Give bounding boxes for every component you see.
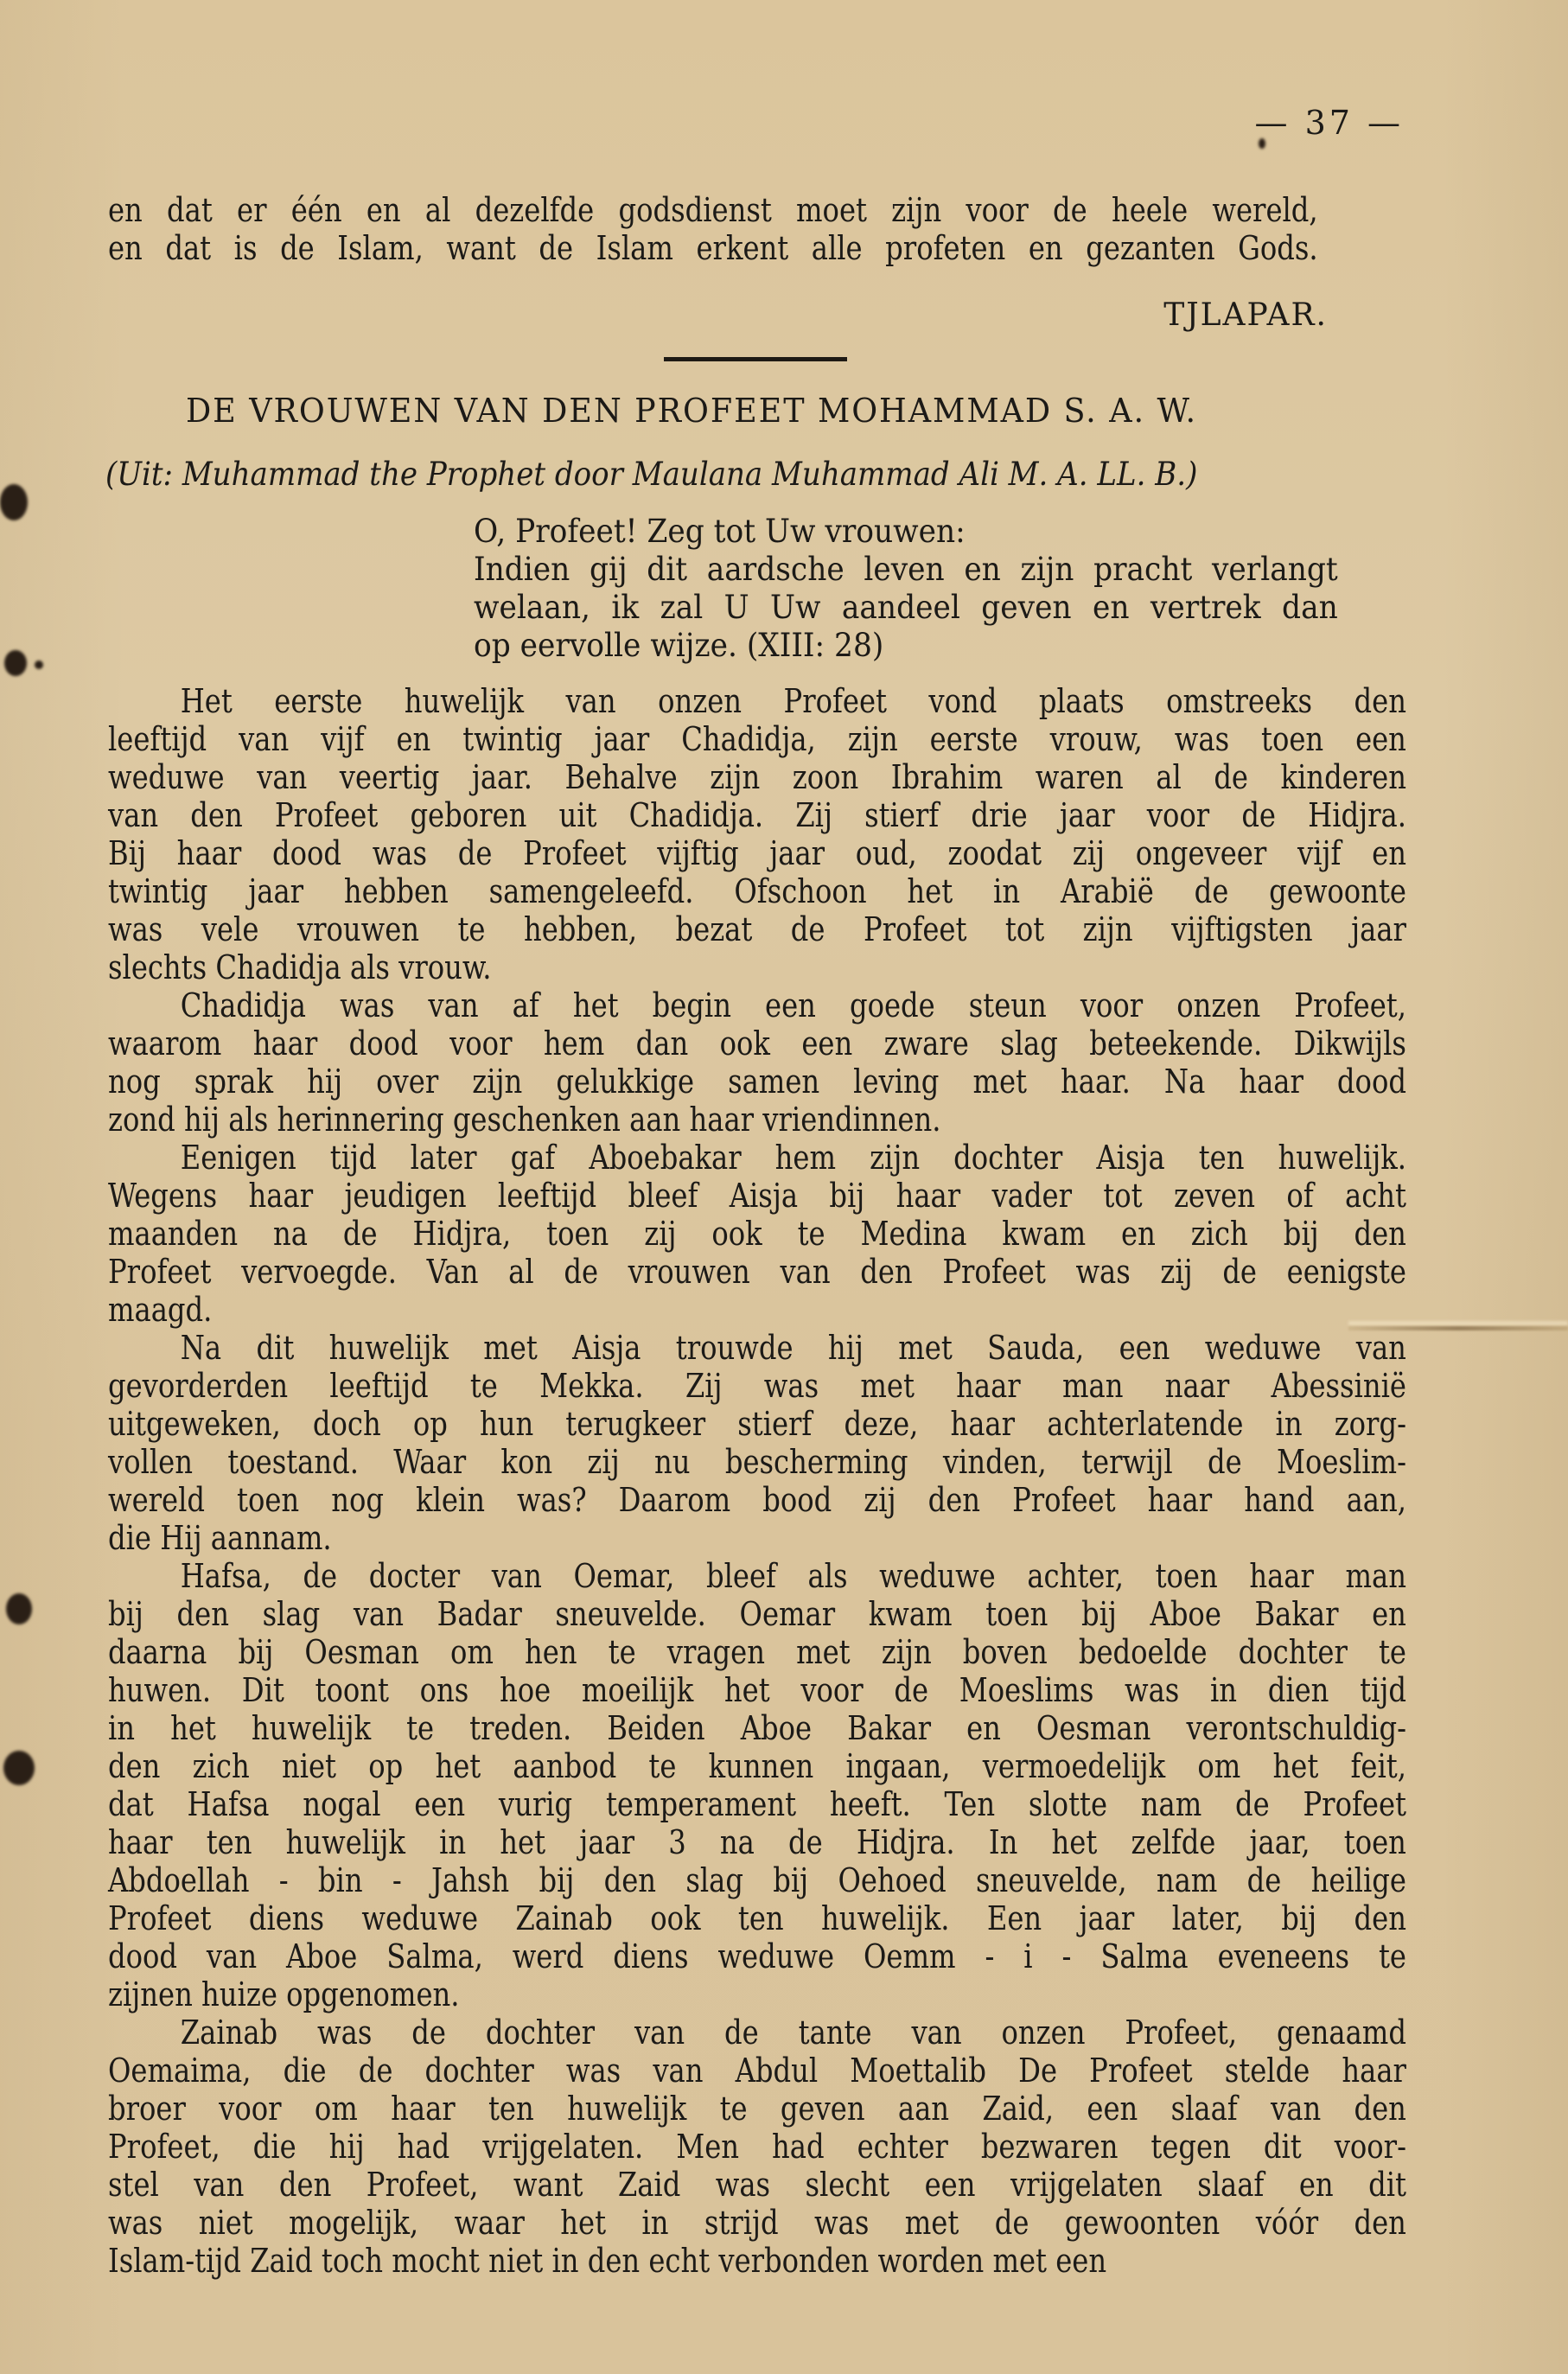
body-paragraph: Na dit huwelijk met Aisja trouwde hij me… (108, 1330, 1406, 1558)
body-line: Profeet vervoegde. Van al de vrouwen van… (108, 1254, 1406, 1292)
body-paragraph: Zainab was de dochter van de tante van o… (108, 2014, 1406, 2281)
page-number: — 37 — (1254, 104, 1404, 142)
body-line: gevorderden leeftijd te Mekka. Zij was m… (108, 1368, 1406, 1406)
body-line: Chadidja was van af het begin een goede … (108, 987, 1406, 1025)
body-line: bij den slag van Badar sneuvelde. Oemar … (108, 1596, 1406, 1634)
body-line: zijnen huize opgenomen. (108, 1976, 1406, 2014)
body-line: maagd. (108, 1292, 1406, 1330)
body-line: die Hij aannam. (108, 1520, 1406, 1558)
ink-blot-mark (0, 484, 28, 520)
body-line: waarom haar dood voor hem dan ook een zw… (108, 1025, 1406, 1063)
body-line: huwen. Dit toont ons hoe moeilijk het vo… (108, 1672, 1406, 1710)
body-paragraph: Eenigen tijd later gaf Aboebakar hem zij… (108, 1139, 1406, 1330)
body-line: den zich niet op het aanbod te kunnen in… (108, 1748, 1406, 1786)
body-line: Eenigen tijd later gaf Aboebakar hem zij… (108, 1139, 1406, 1177)
article-source: (Uit: Muhammad the Prophet door Maulana … (105, 456, 1197, 493)
body-line: Wegens haar jeudigen leeftijd bleef Aisj… (108, 1177, 1406, 1216)
body-line: nog sprak hij over zijn gelukkige samen … (108, 1063, 1406, 1101)
intro-line: en dat er één en al dezelfde godsdienst … (108, 192, 1318, 230)
body-line: leeftijd van vijf en twintig jaar Chadid… (108, 721, 1406, 759)
quote-line: welaan, ik zal U Uw aandeel geven en ver… (474, 589, 1338, 627)
body-line: weduwe van veertig jaar. Behalve zijn zo… (108, 759, 1406, 797)
quote-line: Indien gij dit aardsche leven en zijn pr… (474, 551, 1338, 589)
body-line: Abdoellah - bin - Jahsh bij den slag bij… (108, 1862, 1406, 1900)
body-line: Oemaima, die de dochter was van Abdul Mo… (108, 2052, 1406, 2090)
article-title: DE VROUWEN VAN DEN PROFEET MOHAMMAD S. A… (186, 392, 1197, 430)
quote-line: op eervolle wijze. (XIII: 28) (474, 627, 1338, 665)
body-line: Profeet, die hij had vrijgelaten. Men ha… (108, 2128, 1406, 2167)
ink-blot-mark (4, 650, 27, 676)
body-line: Profeet diens weduwe Zainab ook ten huwe… (108, 1900, 1406, 1938)
body-line: slechts Chadidja als vrouw. (108, 949, 1406, 987)
intro-continuation: en dat er één en al dezelfde godsdienst … (108, 192, 1318, 268)
body-line: dood van Aboe Salma, werd diens weduwe O… (108, 1938, 1406, 1976)
epigraph-quote: O, Profeet! Zeg tot Uw vrouwen: Indien g… (474, 513, 1338, 665)
body-line: zond hij als herinnering geschenken aan … (108, 1101, 1406, 1139)
body-line: wereld toen nog klein was? Daarom bood z… (108, 1482, 1406, 1520)
body-line: van den Profeet geboren uit Chadidja. Zi… (108, 797, 1406, 835)
article-body: Het eerste huwelijk van onzen Profeet vo… (108, 683, 1406, 2281)
body-line: Het eerste huwelijk van onzen Profeet vo… (108, 683, 1406, 721)
body-line: uitgeweken, doch op hun terugkeer stierf… (108, 1406, 1406, 1444)
body-line: daarna bij Oesman om hen te vragen met z… (108, 1634, 1406, 1672)
body-line: was vele vrouwen te hebben, bezat de Pro… (108, 911, 1406, 949)
body-line: broer voor om haar ten huwelijk te geven… (108, 2090, 1406, 2128)
ink-blot-mark (6, 1593, 32, 1624)
intro-line: en dat is de Islam, want de Islam erkent… (108, 230, 1318, 268)
body-line: haar ten huwelijk in het jaar 3 na de Hi… (108, 1824, 1406, 1862)
body-line: Bij haar dood was de Profeet vijftig jaa… (108, 835, 1406, 873)
scanned-page: — 37 — en dat er één en al dezelfde gods… (0, 0, 1568, 2374)
body-line: stel van den Profeet, want Zaid was slec… (108, 2167, 1406, 2205)
author-signature: TJLAPAR. (1163, 297, 1328, 333)
body-paragraph: Chadidja was van af het begin een goede … (108, 987, 1406, 1139)
body-line: twintig jaar hebben samengeleefd. Ofscho… (108, 873, 1406, 911)
body-line: Islam-tijd Zaid toch mocht niet in den e… (108, 2243, 1406, 2281)
body-paragraph: Hafsa, de docter van Oemar, bleef als we… (108, 1558, 1406, 2014)
body-line: dat Hafsa nogal een vurig temperament he… (108, 1786, 1406, 1824)
body-line: Zainab was de dochter van de tante van o… (108, 2014, 1406, 2052)
body-line: Na dit huwelijk met Aisja trouwde hij me… (108, 1330, 1406, 1368)
body-line: vollen toestand. Waar kon zij nu bescher… (108, 1444, 1406, 1482)
section-divider (664, 357, 847, 361)
ink-blot-mark (3, 1751, 35, 1785)
ink-blot-mark (35, 661, 43, 669)
body-line: was niet mogelijk, waar het in strijd wa… (108, 2205, 1406, 2243)
quote-line: O, Profeet! Zeg tot Uw vrouwen: (474, 513, 1338, 551)
body-paragraph: Het eerste huwelijk van onzen Profeet vo… (108, 683, 1406, 987)
body-line: Hafsa, de docter van Oemar, bleef als we… (108, 1558, 1406, 1596)
body-line: maanden na de Hidjra, toen zij ook te Me… (108, 1216, 1406, 1254)
body-line: in het huwelijk te treden. Beiden Aboe B… (108, 1710, 1406, 1748)
